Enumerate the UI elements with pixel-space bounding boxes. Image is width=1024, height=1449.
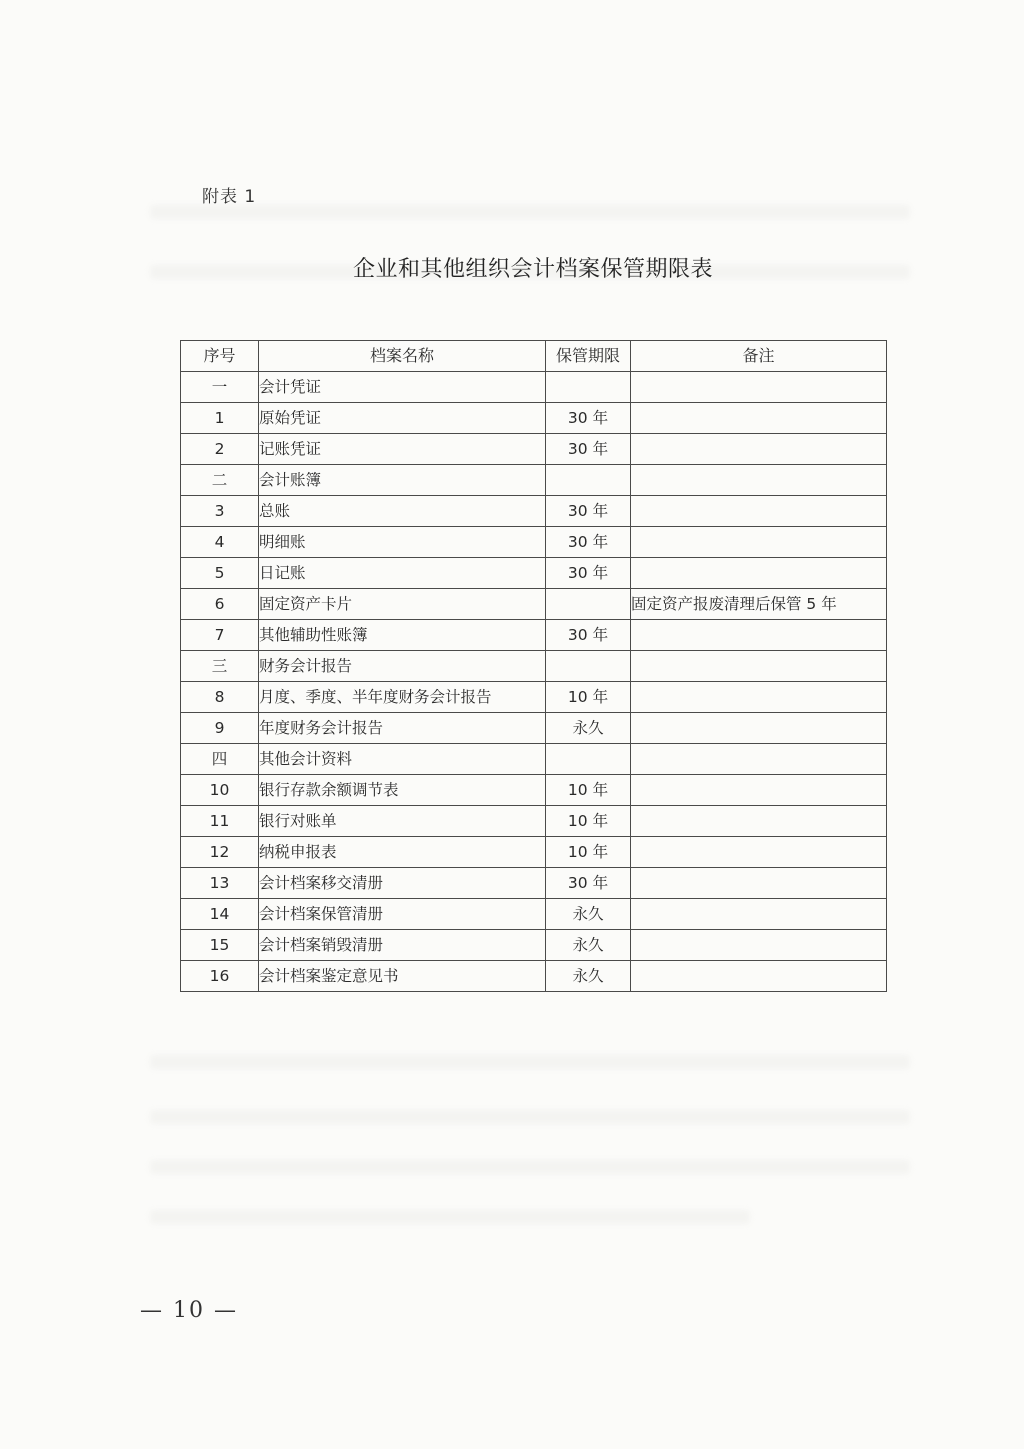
remarks-cell [631, 930, 887, 961]
table-row: 3总账30 年 [181, 496, 887, 527]
header-retention-period: 保管期限 [546, 341, 631, 372]
table-row: 4明细账30 年 [181, 527, 887, 558]
table-section-row: 四其他会计资料 [181, 744, 887, 775]
page-number: — 10 — [140, 1298, 238, 1323]
retention-period-cell: 永久 [546, 930, 631, 961]
serial-number-cell: 16 [181, 961, 259, 992]
table-section-row: 三财务会计报告 [181, 651, 887, 682]
header-serial-number: 序号 [181, 341, 259, 372]
retention-period-cell: 30 年 [546, 620, 631, 651]
serial-number-cell: 12 [181, 837, 259, 868]
serial-number-cell: 4 [181, 527, 259, 558]
table-row: 16会计档案鉴定意见书永久 [181, 961, 887, 992]
table-row: 14会计档案保管清册永久 [181, 899, 887, 930]
table-row: 5日记账30 年 [181, 558, 887, 589]
serial-number-cell: 1 [181, 403, 259, 434]
remarks-cell [631, 961, 887, 992]
retention-period-cell: 永久 [546, 713, 631, 744]
remarks-cell [631, 775, 887, 806]
table-row: 9年度财务会计报告永久 [181, 713, 887, 744]
remarks-cell [631, 744, 887, 775]
serial-number-cell: 6 [181, 589, 259, 620]
retention-period-cell: 永久 [546, 899, 631, 930]
remarks-cell [631, 558, 887, 589]
remarks-cell [631, 713, 887, 744]
archive-name-cell: 会计档案移交清册 [259, 868, 546, 899]
serial-number-cell: 9 [181, 713, 259, 744]
archive-name-cell: 会计档案保管清册 [259, 899, 546, 930]
archive-name-cell: 固定资产卡片 [259, 589, 546, 620]
archive-name-cell: 会计账簿 [259, 465, 546, 496]
remarks-cell [631, 527, 887, 558]
retention-period-cell: 30 年 [546, 496, 631, 527]
bleed-through-shadow [150, 1055, 910, 1069]
bleed-through-shadow [150, 1210, 750, 1224]
retention-period-cell [546, 465, 631, 496]
serial-number-cell: 四 [181, 744, 259, 775]
serial-number-cell: 7 [181, 620, 259, 651]
archive-name-cell: 会计凭证 [259, 372, 546, 403]
document-title: 企业和其他组织会计档案保管期限表 [0, 252, 1024, 283]
remarks-cell [631, 465, 887, 496]
archive-name-cell: 年度财务会计报告 [259, 713, 546, 744]
retention-period-cell: 10 年 [546, 682, 631, 713]
archive-name-cell: 会计档案鉴定意见书 [259, 961, 546, 992]
remarks-cell [631, 651, 887, 682]
remarks-cell [631, 403, 887, 434]
serial-number-cell: 10 [181, 775, 259, 806]
archive-name-cell: 纳税申报表 [259, 837, 546, 868]
archive-name-cell: 明细账 [259, 527, 546, 558]
remarks-cell [631, 837, 887, 868]
archive-name-cell: 原始凭证 [259, 403, 546, 434]
serial-number-cell: 3 [181, 496, 259, 527]
archive-name-cell: 其他辅助性账簿 [259, 620, 546, 651]
remarks-cell [631, 868, 887, 899]
table-row: 2记账凭证30 年 [181, 434, 887, 465]
retention-period-cell: 10 年 [546, 837, 631, 868]
archive-name-cell: 日记账 [259, 558, 546, 589]
serial-number-cell: 14 [181, 899, 259, 930]
archive-name-cell: 银行对账单 [259, 806, 546, 837]
archive-name-cell: 银行存款余额调节表 [259, 775, 546, 806]
appendix-label: 附表 1 [202, 182, 256, 207]
retention-period-cell: 10 年 [546, 775, 631, 806]
retention-period-cell [546, 744, 631, 775]
archive-name-cell: 其他会计资料 [259, 744, 546, 775]
serial-number-cell: 13 [181, 868, 259, 899]
serial-number-cell: 8 [181, 682, 259, 713]
archive-name-cell: 月度、季度、半年度财务会计报告 [259, 682, 546, 713]
remarks-cell [631, 682, 887, 713]
table-row: 11银行对账单10 年 [181, 806, 887, 837]
serial-number-cell: 二 [181, 465, 259, 496]
remarks-cell: 固定资产报废清理后保管 5 年 [631, 589, 887, 620]
serial-number-cell: 15 [181, 930, 259, 961]
retention-period-cell: 30 年 [546, 434, 631, 465]
table-row: 15会计档案销毁清册永久 [181, 930, 887, 961]
remarks-cell [631, 806, 887, 837]
table-row: 8月度、季度、半年度财务会计报告10 年 [181, 682, 887, 713]
archive-name-cell: 记账凭证 [259, 434, 546, 465]
bleed-through-shadow [150, 1160, 910, 1174]
archive-retention-table: 序号 档案名称 保管期限 备注 一会计凭证1原始凭证30 年2记账凭证30 年二… [180, 340, 887, 992]
remarks-cell [631, 434, 887, 465]
retention-period-cell [546, 372, 631, 403]
retention-period-cell: 10 年 [546, 806, 631, 837]
retention-period-cell: 永久 [546, 961, 631, 992]
header-remarks: 备注 [631, 341, 887, 372]
retention-period-cell [546, 651, 631, 682]
table-row: 12纳税申报表10 年 [181, 837, 887, 868]
table-header-row: 序号 档案名称 保管期限 备注 [181, 341, 887, 372]
serial-number-cell: 三 [181, 651, 259, 682]
header-archive-name: 档案名称 [259, 341, 546, 372]
table-body: 一会计凭证1原始凭证30 年2记账凭证30 年二会计账簿3总账30 年4明细账3… [181, 372, 887, 992]
retention-period-cell: 30 年 [546, 403, 631, 434]
archive-name-cell: 总账 [259, 496, 546, 527]
table-row: 13会计档案移交清册30 年 [181, 868, 887, 899]
table-row: 1原始凭证30 年 [181, 403, 887, 434]
retention-period-cell: 30 年 [546, 527, 631, 558]
remarks-cell [631, 899, 887, 930]
remarks-cell [631, 620, 887, 651]
table-section-row: 一会计凭证 [181, 372, 887, 403]
table-row: 6固定资产卡片固定资产报废清理后保管 5 年 [181, 589, 887, 620]
remarks-cell [631, 496, 887, 527]
remarks-cell [631, 372, 887, 403]
serial-number-cell: 一 [181, 372, 259, 403]
bleed-through-shadow [150, 205, 910, 219]
bleed-through-shadow [150, 1110, 910, 1124]
serial-number-cell: 2 [181, 434, 259, 465]
archive-name-cell: 会计档案销毁清册 [259, 930, 546, 961]
retention-period-cell [546, 589, 631, 620]
archive-name-cell: 财务会计报告 [259, 651, 546, 682]
retention-period-cell: 30 年 [546, 868, 631, 899]
serial-number-cell: 5 [181, 558, 259, 589]
retention-period-cell: 30 年 [546, 558, 631, 589]
table-row: 7其他辅助性账簿30 年 [181, 620, 887, 651]
table-row: 10银行存款余额调节表10 年 [181, 775, 887, 806]
table-section-row: 二会计账簿 [181, 465, 887, 496]
serial-number-cell: 11 [181, 806, 259, 837]
